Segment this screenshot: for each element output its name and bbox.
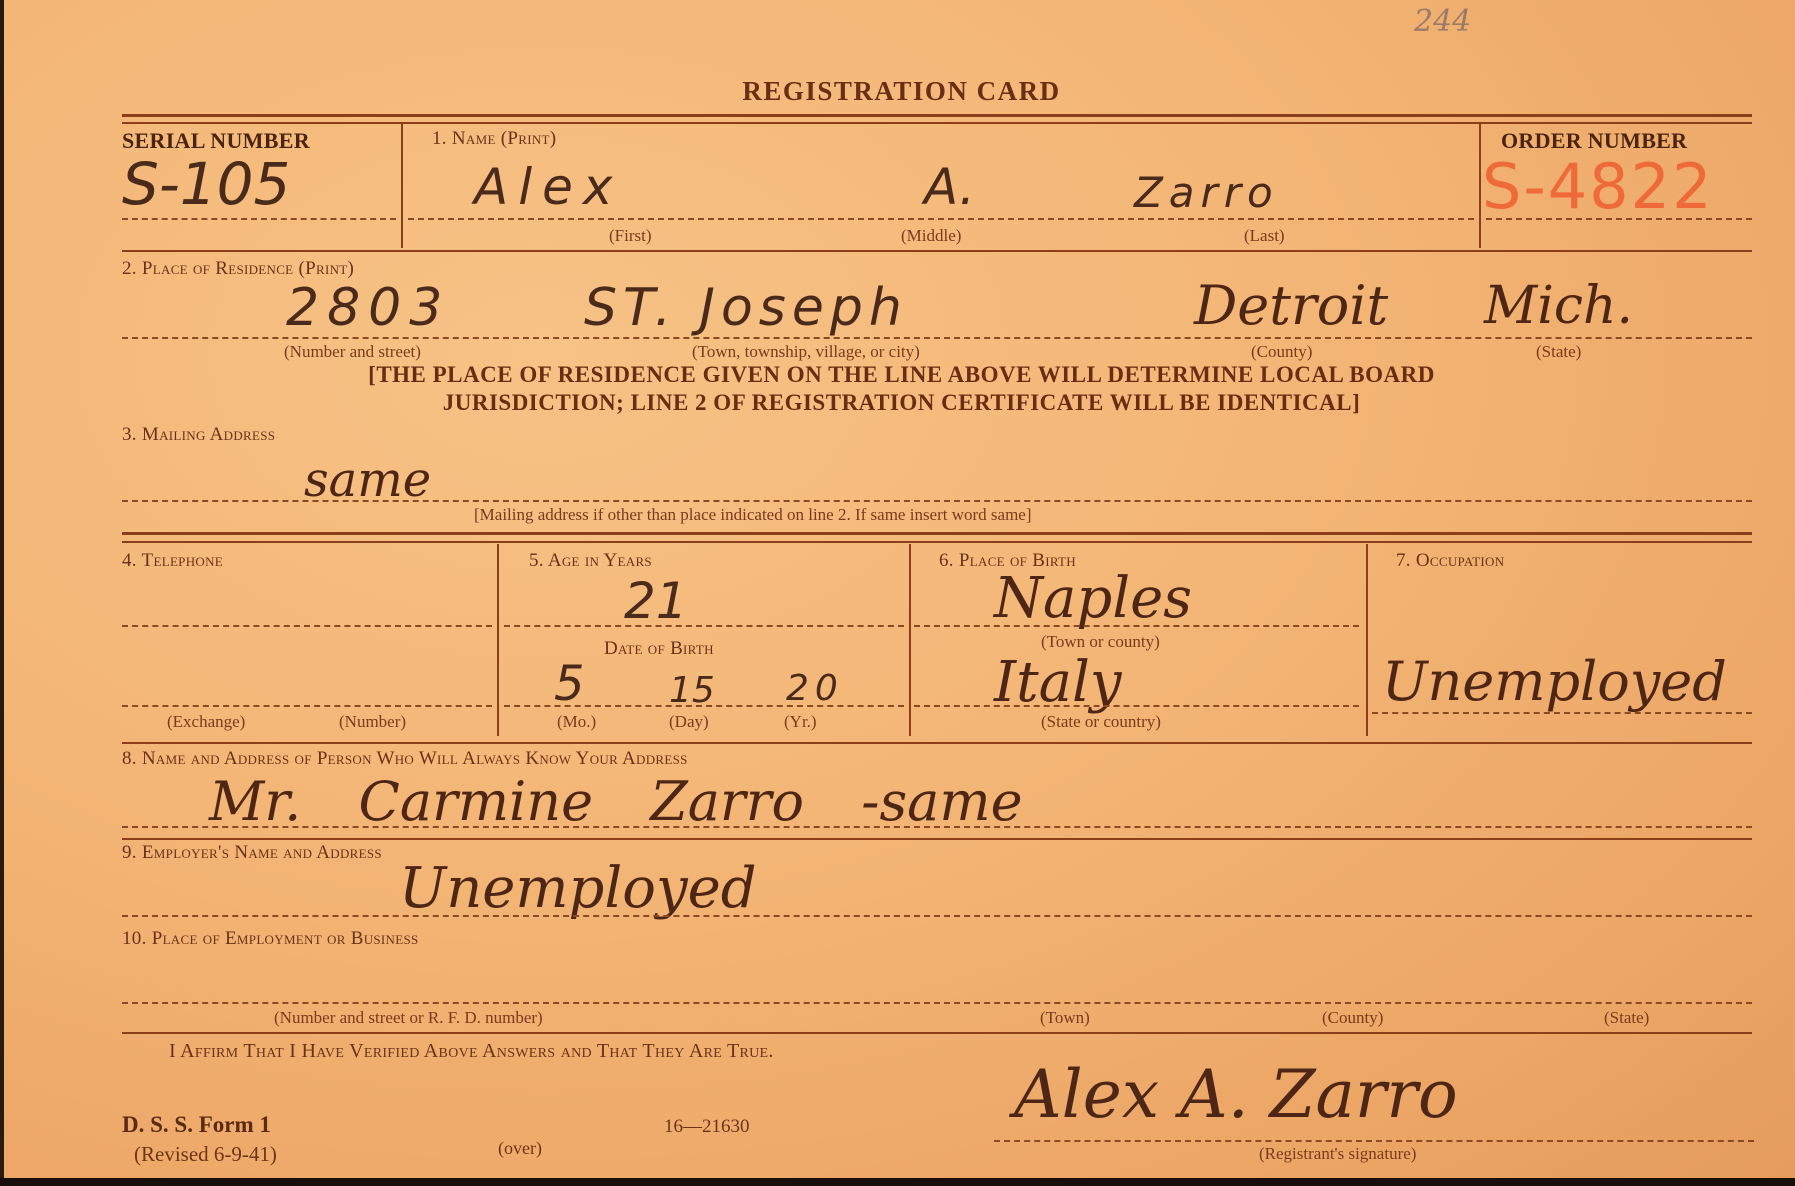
name-label: 1. Name (Print) (432, 128, 556, 150)
name-first-value[interactable]: Alex (474, 158, 622, 216)
form-revision: (Revised 6-9-41) (134, 1142, 277, 1167)
employment-street-caption: (Number and street or R. F. D. number) (274, 1008, 543, 1028)
dob-month-value[interactable]: 5 (554, 656, 585, 712)
serial-line (122, 218, 396, 220)
top-rule (122, 114, 1752, 117)
dob-month-caption: (Mo.) (557, 712, 596, 732)
affirmation-text: I Affirm That I Have Verified Above Answ… (169, 1040, 774, 1063)
employment-place-label: 10. Place of Employment or Business (122, 928, 419, 950)
name-first-caption: (First) (609, 226, 652, 246)
residence-county-value[interactable]: Detroit (1194, 274, 1388, 337)
birthplace-country-caption: (State or country) (1041, 712, 1161, 732)
mid-rule (122, 532, 1752, 535)
name-last-value[interactable]: Zarro (1134, 168, 1279, 217)
over-note: (over) (498, 1138, 542, 1159)
mailing-line (122, 500, 1752, 502)
age-label: 5. Age in Years (529, 550, 652, 572)
registration-card: 244 REGISTRATION CARD SERIAL NUMBER S-10… (0, 0, 1795, 1178)
employment-state-caption: (State) (1604, 1008, 1649, 1028)
residence-line (122, 337, 1752, 339)
employer-line (122, 915, 1752, 917)
row1-bottom-rule (122, 250, 1752, 252)
telephone-number-caption: (Number) (339, 712, 406, 732)
mailing-caption: [Mailing address if other than place ind… (474, 505, 1032, 525)
order-number-value[interactable]: S-4822 (1482, 150, 1714, 223)
print-code: 16—21630 (664, 1116, 750, 1138)
serial-number-value[interactable]: S-105 (122, 150, 290, 218)
dob-line (504, 705, 904, 707)
occupation-value[interactable]: Unemployed (1382, 650, 1727, 713)
page-number: 244 (1414, 4, 1471, 39)
telephone-line2 (122, 705, 492, 707)
employer-label: 9. Employer's Name and Address (122, 842, 382, 864)
occupation-label: 7. Occupation (1396, 550, 1504, 572)
dob-label: Date of Birth (604, 638, 714, 660)
name-middle-value[interactable]: A. (924, 158, 975, 216)
registrant-signature[interactable]: Alex A. Zarro (1014, 1056, 1458, 1133)
mailing-label: 3. Mailing Address (122, 424, 275, 446)
age-divider (909, 544, 911, 736)
residence-street-value[interactable]: 2803 (286, 278, 450, 338)
signature-line (994, 1140, 1754, 1142)
occupation-line (1372, 712, 1752, 714)
birth-divider (1366, 544, 1368, 736)
residence-state-value[interactable]: Mich. (1484, 276, 1633, 336)
dob-year-value[interactable]: 20 (786, 668, 844, 709)
top-rule-inner (122, 122, 1752, 124)
residence-notice-line2: JURISDICTION; LINE 2 OF REGISTRATION CER… (4, 390, 1795, 416)
residence-state-caption: (State) (1536, 342, 1581, 362)
contact-label: 8. Name and Address of Person Who Will A… (122, 748, 688, 770)
employment-county-caption: (County) (1322, 1008, 1383, 1028)
signature-caption: (Registrant's signature) (1259, 1144, 1416, 1164)
dob-day-caption: (Day) (669, 712, 709, 732)
age-line (504, 625, 904, 627)
order-divider (1479, 124, 1481, 248)
residence-street-caption: (Number and street) (284, 342, 421, 362)
name-middle-caption: (Middle) (901, 226, 961, 246)
age-value[interactable]: 21 (624, 572, 688, 630)
residence-county-caption: (County) (1251, 342, 1312, 362)
row10-bottom-rule (122, 1032, 1752, 1034)
birthplace-country-line (914, 705, 1359, 707)
birthplace-town-caption: (Town or county) (1041, 632, 1160, 652)
telephone-divider (497, 544, 499, 736)
employment-town-caption: (Town) (1040, 1008, 1090, 1028)
serial-divider (401, 124, 403, 248)
name-last-caption: (Last) (1244, 226, 1285, 246)
contact-value[interactable]: Mr. Carmine Zarro -same (209, 770, 1023, 833)
employer-value[interactable]: Unemployed (399, 856, 757, 921)
contact-line (122, 826, 1752, 828)
telephone-line1 (122, 625, 492, 627)
residence-notice-line1: [THE PLACE OF RESIDENCE GIVEN ON THE LIN… (4, 362, 1795, 388)
row8-bottom-rule (122, 838, 1752, 840)
birthplace-town-line (914, 625, 1359, 627)
residence-town-caption: (Town, township, village, or city) (692, 342, 920, 362)
residence-label: 2. Place of Residence (Print) (122, 258, 354, 280)
form-number: D. S. S. Form 1 (122, 1112, 271, 1138)
mid-rule-inner (122, 541, 1752, 543)
order-line (1486, 218, 1752, 220)
row4-bottom-rule (122, 742, 1752, 744)
telephone-exchange-caption: (Exchange) (167, 712, 245, 732)
name-line (408, 218, 1474, 220)
residence-town-value[interactable]: ST. Joseph (584, 278, 908, 338)
card-title: REGISTRATION CARD (4, 76, 1795, 107)
birthplace-town-value[interactable]: Naples (994, 566, 1192, 631)
employment-place-line (122, 1002, 1752, 1004)
telephone-label: 4. Telephone (122, 550, 223, 572)
dob-year-caption: (Yr.) (784, 712, 817, 732)
